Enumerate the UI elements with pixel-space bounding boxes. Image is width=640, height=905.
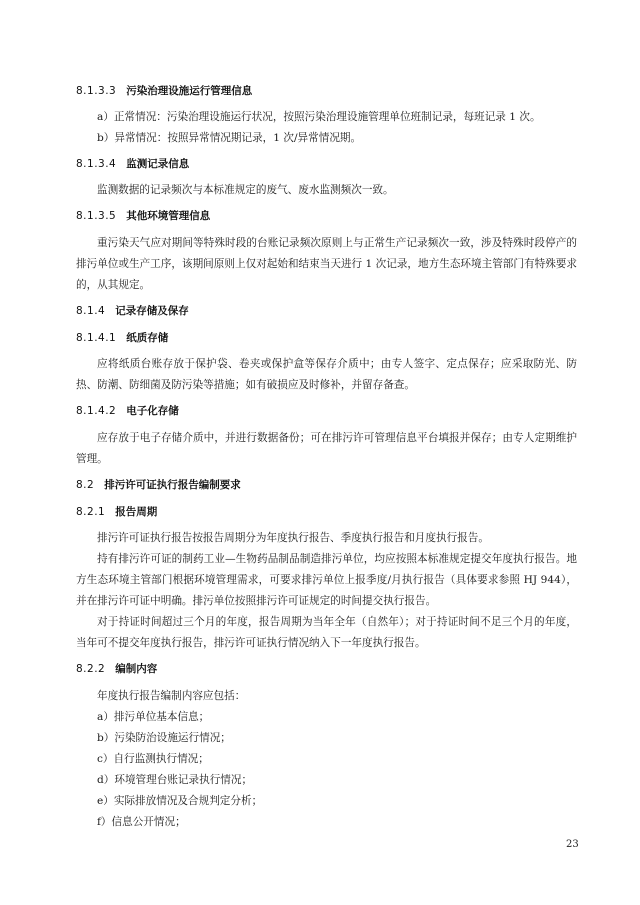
body-paragraph: 应将纸质台账存放于保护袋、卷夹或保护盒等保存介质中；由专人签字、定点保存；应采取…	[76, 354, 577, 396]
list-item: e）实际排放情况及合规判定分析；	[97, 791, 262, 812]
section-title: 纸质存储	[126, 332, 168, 344]
section-number: 8.1.4	[76, 304, 105, 318]
list-item: c）自行监测执行情况；	[97, 749, 209, 770]
section-number: 8.1.3.3	[76, 84, 116, 98]
section-title: 其他环境管理信息	[126, 210, 210, 222]
section-number: 8.2.1	[76, 505, 105, 519]
body-paragraph: 持有排污许可证的制药工业—生物药品制品制造排污单位，均应按照本标准规定提交年度执…	[76, 549, 577, 612]
list-item: a）正常情况：污染治理设施运行状况，按照污染治理设施管理单位班制记录，每班记录 …	[97, 107, 541, 128]
section-number: 8.1.4.1	[76, 331, 116, 345]
document-page: 8.1.3.3污染治理设施运行管理信息 a）正常情况：污染治理设施运行状况，按照…	[0, 0, 640, 905]
section-number: 8.1.4.2	[76, 404, 116, 418]
section-heading-8-1-3-4: 8.1.3.4监测记录信息	[76, 157, 189, 171]
body-paragraph: 重污染天气应对期间等特殊时段的台账记录频次原则上与正常生产记录频次一致，涉及特殊…	[76, 233, 577, 296]
section-heading-8-1-4: 8.1.4记录存储及保存	[76, 304, 189, 318]
section-number: 8.2	[76, 478, 94, 492]
section-heading-8-1-4-1: 8.1.4.1纸质存储	[76, 331, 168, 345]
section-title: 报告周期	[115, 506, 157, 518]
section-heading-8-2-1: 8.2.1报告周期	[76, 505, 157, 519]
body-paragraph: 对于持证时间超过三个月的年度，报告周期为当年全年（自然年）；对于持证时间不足三个…	[76, 612, 577, 654]
section-heading-8-1-3-5: 8.1.3.5其他环境管理信息	[76, 209, 210, 223]
section-title: 记录存储及保存	[115, 305, 189, 317]
body-paragraph: 监测数据的记录频次与本标准规定的废气、废水监测频次一致。	[76, 180, 577, 201]
list-item: b）污染防治设施运行情况；	[97, 728, 231, 749]
section-heading-8-1-3-3: 8.1.3.3污染治理设施运行管理信息	[76, 84, 252, 98]
page-number: 23	[566, 838, 579, 852]
section-number: 8.2.2	[76, 662, 105, 676]
section-number: 8.1.3.5	[76, 209, 116, 223]
section-heading-8-2: 8.2排污许可证执行报告编制要求	[76, 478, 241, 492]
section-title: 监测记录信息	[126, 158, 189, 170]
section-number: 8.1.3.4	[76, 157, 116, 171]
body-paragraph: 应存放于电子存储介质中，并进行数据备份；可在排污许可管理信息平台填报并保存；由专…	[76, 428, 577, 470]
body-paragraph: 年度执行报告编制内容应包括：	[76, 686, 577, 707]
section-heading-8-2-2: 8.2.2编制内容	[76, 662, 157, 676]
section-title: 污染治理设施运行管理信息	[126, 85, 252, 97]
section-title: 排污许可证执行报告编制要求	[104, 479, 241, 491]
body-paragraph: 排污许可证执行报告按报告周期分为年度执行报告、季度执行报告和月度执行报告。	[76, 528, 577, 549]
section-title: 电子化存储	[126, 405, 179, 417]
list-item: d）环境管理台账记录执行情况；	[97, 770, 252, 791]
list-item: b）异常情况：按照异常情况期记录，1 次/异常情况期。	[97, 128, 361, 149]
list-item: a）排污单位基本信息；	[97, 707, 209, 728]
section-title: 编制内容	[115, 663, 157, 675]
section-heading-8-1-4-2: 8.1.4.2电子化存储	[76, 404, 179, 418]
list-item: f）信息公开情况；	[97, 812, 186, 833]
